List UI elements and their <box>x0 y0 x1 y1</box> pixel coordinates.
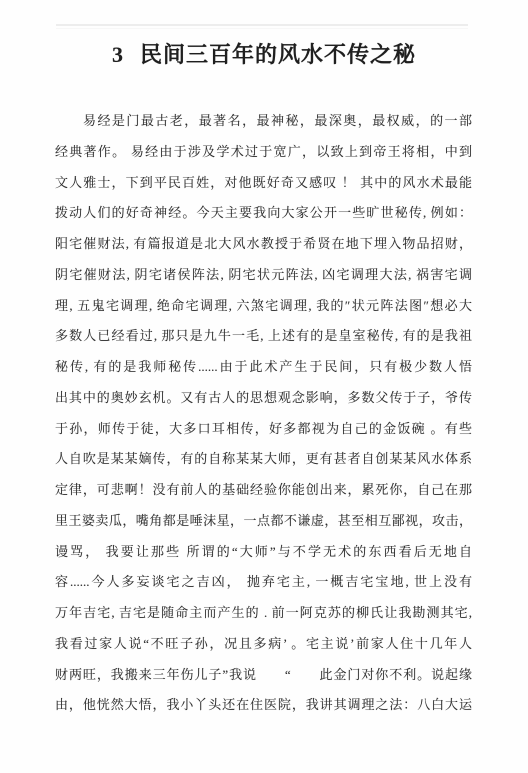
document-page: 3民间三百年的风水不传之秘 易经是门最古老，最著名，最神秘，最深奥，最权威，的一… <box>0 0 528 773</box>
body-text: 易经是门最古老，最著名，最神秘，最深奥，最权威，的一部 经典著作。 易经由于涉及… <box>55 106 472 721</box>
text-line: 里王婆卖瓜，嘴角都是唾沫星，一点都不谦虚，甚至相互鄙视，攻击， <box>55 506 472 537</box>
text-line: 出其中的奥妙玄机。又有古人的思想观念影响，多数父传于子，爷传 <box>55 383 472 414</box>
text-line: 谩骂， 我要让那些 所谓的“大师”与不学无术的东西看后无地自 <box>55 537 472 568</box>
text-line: 秘传, 有的是我师秘传......由于此术产生于民间，只有极少数人悟 <box>55 352 472 383</box>
scan-artifact-line-shadow <box>56 28 468 29</box>
text-line: 经典著作。 易经由于涉及学术过于宽广，以致上到帝王将相，中到 <box>55 137 472 168</box>
chapter-title-text: 民间三百年的风水不传之秘 <box>140 42 416 67</box>
text-line: 文人雅士，下到平民百姓，对他既好奇又感叹 ！ 其中的风水术最能 <box>55 168 472 199</box>
text-line: 万年吉宅, 吉宅是随命主而产生的 . 前一阿克苏的柳氏让我勘测其宅, <box>55 598 472 629</box>
chapter-title: 3民间三百年的风水不传之秘 <box>0 38 528 69</box>
text-line: 拨动人们的好奇神经。今天主要我向大家公开一些旷世秘传, 例如： <box>55 198 472 229</box>
text-line: 易经是门最古老，最著名，最神秘，最深奥，最权威，的一部 <box>55 106 472 137</box>
text-line: 财两旺，我搬来三年伤儿子”我说 “ 此金门对你不利。说起缘 <box>55 660 472 691</box>
text-line: 容......今人多妄谈宅之吉凶， 抛弃宅主, 一概吉宅宝地, 世上没有 <box>55 567 472 598</box>
text-line: 定律，可悲啊！没有前人的基础经验你能创出来，累死你，自己在那 <box>55 475 472 506</box>
text-line: 阳宅催财法, 有篇报道是北大风水教授于希贤在地下埋入物品招财， <box>55 229 472 260</box>
text-line: 阴宅催财法, 阴宅诸侯阵法, 阴宅状元阵法, 凶宅调理大法, 祸害宅调 <box>55 260 472 291</box>
text-line: 多数人已经看过, 那只是九牛一毛, 上述有的是皇室秘传, 有的是我祖 <box>55 321 472 352</box>
text-line: 我看过家人说“不旺子孙，况且多病’ 。宅主说’前家人住十几年人 <box>55 629 472 660</box>
scan-artifact-line <box>56 24 468 26</box>
chapter-number: 3 <box>112 42 124 67</box>
text-line: 人自吹是某某嫡传，有的自称某某大师，更有甚者自创某某风水体系 <box>55 444 472 475</box>
text-line: 于孙，师传于徒，大多口耳相传，好多都视为自己的金饭碗 。有些 <box>55 414 472 445</box>
text-line: 由，他恍然大悟，我小丫头还在住医院，我讲其调理之法：八白大运 <box>55 690 472 721</box>
text-line: 理, 五鬼宅调理, 绝命宅调理, 六煞宅调理, 我的″状元阵法图″想必大 <box>55 291 472 322</box>
